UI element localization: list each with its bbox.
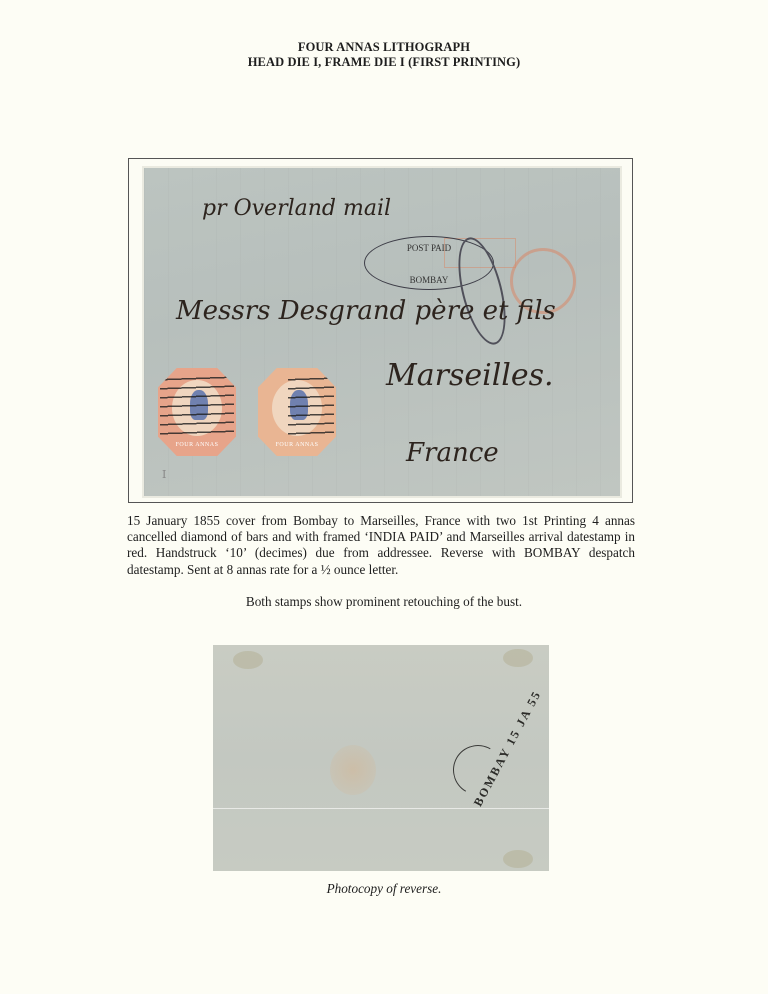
diamond-bars-cancel: [160, 374, 234, 438]
manuscript-city: Marseilles.: [386, 358, 554, 393]
manuscript-country: France: [406, 438, 499, 468]
wax-mark: [233, 651, 263, 669]
stamp-legend: FOUR ANNAS: [258, 442, 336, 448]
stamp-legend: FOUR ANNAS: [158, 442, 236, 448]
manuscript-addressee: Messrs Desgrand père et fils: [176, 296, 556, 326]
page-title: FOUR ANNAS LITHOGRAPH HEAD DIE I, FRAME …: [0, 40, 768, 70]
pencil-note: I: [162, 468, 166, 481]
cover-reverse-image: BOMBAY 15 JA 55: [213, 645, 549, 871]
retouch-note: Both stamps show prominent retouching of…: [0, 594, 768, 610]
title-line-1: FOUR ANNAS LITHOGRAPH: [0, 40, 768, 55]
red-seal-ghost: [330, 745, 376, 795]
cover-description: 15 January 1855 cover from Bombay to Mar…: [127, 513, 635, 578]
reverse-caption: Photocopy of reverse.: [0, 881, 768, 897]
oval-top-text: POST PAID: [407, 243, 451, 253]
wax-mark: [503, 649, 533, 667]
manuscript-routing: pr Overland mail: [202, 196, 391, 221]
diamond-bars-cancel: [288, 374, 334, 438]
stamp-four-annas-2: FOUR ANNAS: [258, 368, 336, 456]
wax-mark: [503, 850, 533, 868]
title-line-2: HEAD DIE I, FRAME DIE I (FIRST PRINTING): [0, 55, 768, 70]
stamp-four-annas-1: FOUR ANNAS: [158, 368, 236, 456]
fold-line: [213, 808, 549, 809]
cover-front-image: pr Overland mail POST PAID BOMBAY Messrs…: [144, 168, 620, 496]
